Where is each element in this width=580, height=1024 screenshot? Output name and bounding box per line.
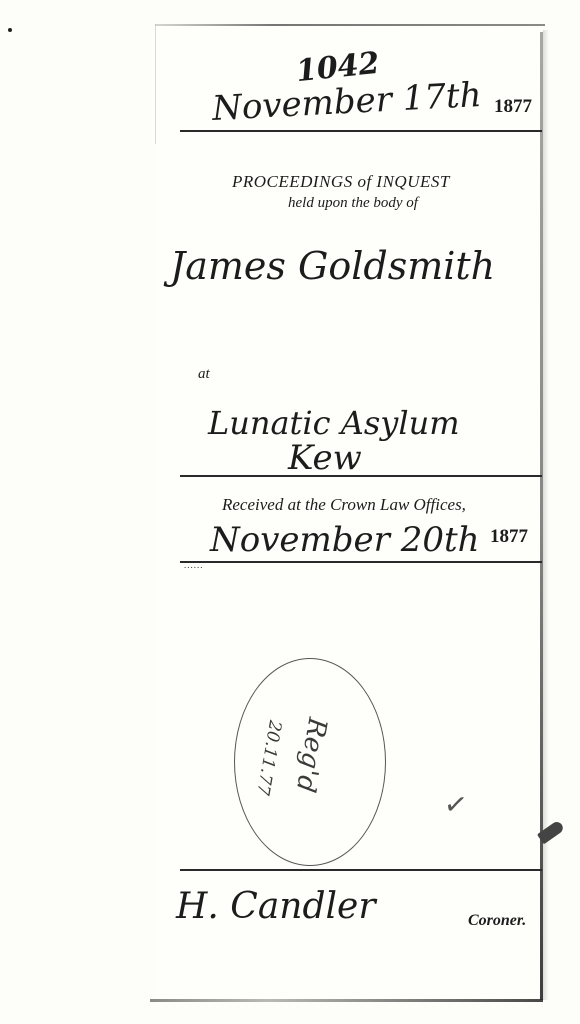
paper-edge-left bbox=[155, 24, 156, 144]
received-label: Received at the Crown Law Offices, bbox=[222, 495, 466, 515]
deceased-name: James Goldsmith bbox=[170, 244, 495, 288]
coroner-label: Coroner. bbox=[468, 912, 526, 930]
dotted-leader: ...... bbox=[184, 560, 204, 570]
coroner-signature: H. Candler bbox=[176, 886, 376, 927]
location-rule bbox=[180, 475, 542, 477]
header-rule bbox=[180, 130, 542, 132]
title-proceedings: PROCEEDINGS of INQUEST bbox=[232, 172, 450, 192]
received-rule bbox=[180, 561, 542, 563]
at-label: at bbox=[198, 366, 210, 383]
signature-rule bbox=[180, 869, 542, 871]
paper-edge-right bbox=[540, 32, 543, 1000]
location-line1: Lunatic Asylum bbox=[208, 404, 460, 442]
header-year: 1877 bbox=[494, 96, 532, 118]
location-line2: Kew bbox=[288, 438, 362, 478]
paper-edge-bottom bbox=[150, 999, 543, 1002]
ink-speck bbox=[8, 28, 12, 32]
received-year: 1877 bbox=[490, 526, 528, 548]
check-mark: ✓ bbox=[442, 787, 470, 824]
received-date: November 20th bbox=[210, 520, 480, 560]
title-held-upon: held upon the body of bbox=[288, 195, 418, 212]
paper-edge-top bbox=[155, 24, 545, 26]
paper-edge-shadow bbox=[543, 30, 549, 1000]
